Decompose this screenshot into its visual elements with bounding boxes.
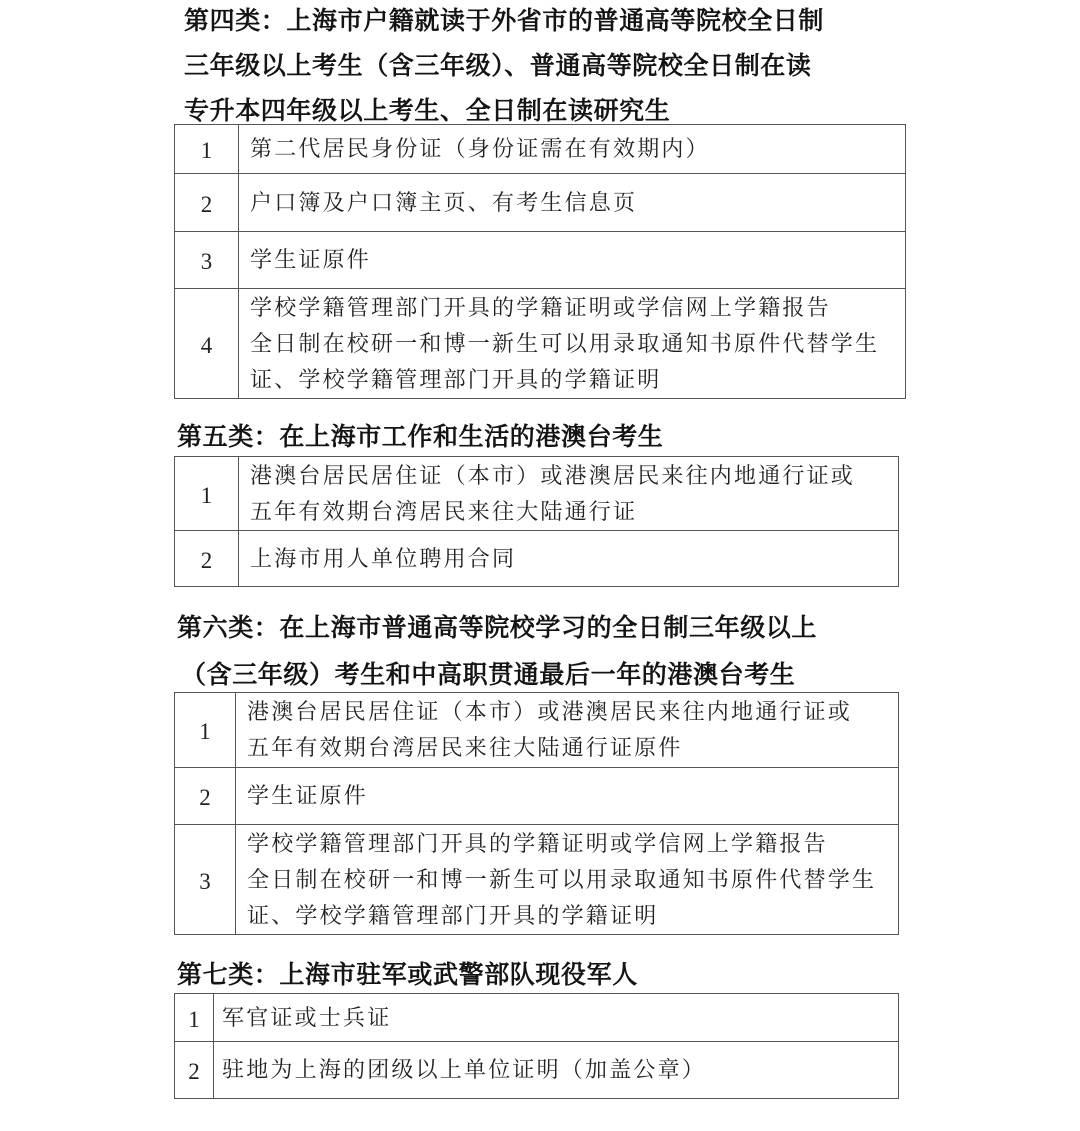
row-number: 3 xyxy=(175,825,236,935)
requirement-text: 第二代居民身份证（身份证需在有效期内） xyxy=(239,125,906,174)
text-line: 港澳台居民居住证（本市）或港澳居民来往内地通行证或 xyxy=(247,694,898,730)
heading-line: 第六类：在上海市普通高等院校学习的全日制三年级以上 xyxy=(177,604,817,652)
text-line: 学生证原件 xyxy=(247,778,898,814)
section-6-heading: 第六类：在上海市普通高等院校学习的全日制三年级以上 （含三年级）考生和中高职贯通… xyxy=(177,604,817,697)
text-line: 全日制在校研一和博一新生可以用录取通知书原件代替学生 xyxy=(250,326,905,362)
table-row: 1 港澳台居民居住证（本市）或港澳居民来往内地通行证或 五年有效期台湾居民来往大… xyxy=(175,457,899,531)
text-line: 户口簿及户口簿主页、有考生信息页 xyxy=(250,185,905,221)
row-number: 4 xyxy=(175,289,239,399)
requirement-text: 户口簿及户口簿主页、有考生信息页 xyxy=(239,174,906,232)
table-row: 2 驻地为上海的团级以上单位证明（加盖公章） xyxy=(175,1042,899,1099)
requirement-text: 港澳台居民居住证（本市）或港澳居民来往内地通行证或 五年有效期台湾居民来往大陆通… xyxy=(239,457,899,531)
section-6-table: 1 港澳台居民居住证（本市）或港澳居民来往内地通行证或 五年有效期台湾居民来往大… xyxy=(174,692,899,935)
section-5-table: 1 港澳台居民居住证（本市）或港澳居民来往内地通行证或 五年有效期台湾居民来往大… xyxy=(174,456,899,587)
table-row: 3 学校学籍管理部门开具的学籍证明或学信网上学籍报告 全日制在校研一和博一新生可… xyxy=(175,825,899,935)
requirement-text: 学校学籍管理部门开具的学籍证明或学信网上学籍报告 全日制在校研一和博一新生可以用… xyxy=(239,289,906,399)
row-number: 3 xyxy=(175,232,239,289)
row-number: 2 xyxy=(175,768,236,825)
row-number: 1 xyxy=(175,457,239,531)
requirement-text: 学生证原件 xyxy=(239,232,906,289)
section-5-heading: 第五类：在上海市工作和生活的港澳台考生 xyxy=(177,414,663,459)
row-number: 1 xyxy=(175,693,236,768)
heading-line: 第四类：上海市户籍就读于外省市的普通高等院校全日制 xyxy=(184,0,824,43)
table-row: 2 学生证原件 xyxy=(175,768,899,825)
table-row: 1 港澳台居民居住证（本市）或港澳居民来往内地通行证或 五年有效期台湾居民来往大… xyxy=(175,693,899,768)
table-row: 2 上海市用人单位聘用合同 xyxy=(175,531,899,587)
table-row: 2 户口簿及户口簿主页、有考生信息页 xyxy=(175,174,906,232)
heading-line: 三年级以上考生（含三年级）、普通高等院校全日制在读 xyxy=(184,43,824,88)
text-line: 五年有效期台湾居民来往大陆通行证 xyxy=(250,494,898,530)
requirement-text: 驻地为上海的团级以上单位证明（加盖公章） xyxy=(214,1042,899,1099)
row-number: 1 xyxy=(175,125,239,174)
text-line: 军官证或士兵证 xyxy=(222,1000,898,1036)
requirement-text: 上海市用人单位聘用合同 xyxy=(239,531,899,587)
section-7-table: 1 军官证或士兵证 2 驻地为上海的团级以上单位证明（加盖公章） xyxy=(174,993,899,1099)
text-line: 学校学籍管理部门开具的学籍证明或学信网上学籍报告 xyxy=(250,290,905,326)
text-line: 上海市用人单位聘用合同 xyxy=(250,541,898,577)
text-line: 第二代居民身份证（身份证需在有效期内） xyxy=(250,131,905,167)
requirement-text: 港澳台居民居住证（本市）或港澳居民来往内地通行证或 五年有效期台湾居民来往大陆通… xyxy=(236,693,899,768)
table-row: 1 第二代居民身份证（身份证需在有效期内） xyxy=(175,125,906,174)
heading-line: 第七类：上海市驻军或武警部队现役军人 xyxy=(177,952,638,997)
text-line: 驻地为上海的团级以上单位证明（加盖公章） xyxy=(222,1052,898,1088)
table-row: 1 军官证或士兵证 xyxy=(175,994,899,1042)
section-7-heading: 第七类：上海市驻军或武警部队现役军人 xyxy=(177,952,638,997)
section-4-table: 1 第二代居民身份证（身份证需在有效期内） 2 户口簿及户口簿主页、有考生信息页… xyxy=(174,124,906,399)
heading-line: （含三年级）考生和中高职贯通最后一年的港澳台考生 xyxy=(181,652,817,697)
text-line: 学生证原件 xyxy=(250,242,905,278)
row-number: 2 xyxy=(175,531,239,587)
requirement-text: 学校学籍管理部门开具的学籍证明或学信网上学籍报告 全日制在校研一和博一新生可以用… xyxy=(236,825,899,935)
row-number: 2 xyxy=(175,1042,214,1099)
row-number: 1 xyxy=(175,994,214,1042)
requirement-text: 学生证原件 xyxy=(236,768,899,825)
text-line: 证、学校学籍管理部门开具的学籍证明 xyxy=(247,898,898,934)
section-4-heading: 第四类：上海市户籍就读于外省市的普通高等院校全日制 三年级以上考生（含三年级）、… xyxy=(184,0,824,133)
text-line: 证、学校学籍管理部门开具的学籍证明 xyxy=(250,362,905,398)
text-line: 五年有效期台湾居民来往大陆通行证原件 xyxy=(247,730,898,766)
heading-line: 第五类：在上海市工作和生活的港澳台考生 xyxy=(177,414,663,459)
table-row: 4 学校学籍管理部门开具的学籍证明或学信网上学籍报告 全日制在校研一和博一新生可… xyxy=(175,289,906,399)
text-line: 学校学籍管理部门开具的学籍证明或学信网上学籍报告 xyxy=(247,826,898,862)
text-line: 全日制在校研一和博一新生可以用录取通知书原件代替学生 xyxy=(247,862,898,898)
table-row: 3 学生证原件 xyxy=(175,232,906,289)
row-number: 2 xyxy=(175,174,239,232)
text-line: 港澳台居民居住证（本市）或港澳居民来往内地通行证或 xyxy=(250,458,898,494)
requirement-text: 军官证或士兵证 xyxy=(214,994,899,1042)
